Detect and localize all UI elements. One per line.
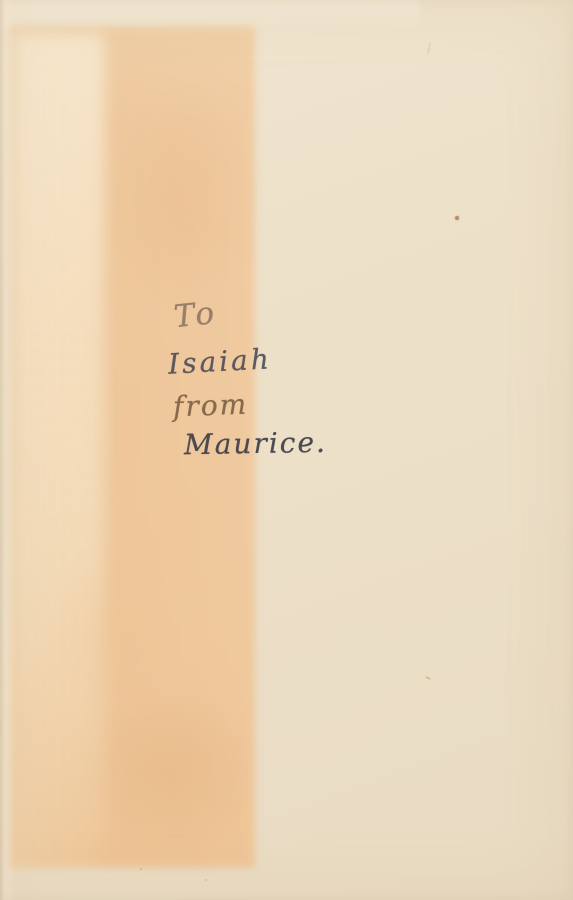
inscription-line-to: To xyxy=(172,295,218,335)
inscription-line-maurice: Maurice. xyxy=(184,426,327,461)
inscription-line-from: from xyxy=(172,388,248,424)
inscription-line-isaiah: Isaiah xyxy=(167,342,272,380)
handwritten-inscription: To Isaiah from Maurice. xyxy=(0,0,573,900)
foxing-spot xyxy=(455,216,459,220)
paper-fleck xyxy=(205,879,207,881)
book-endpaper-photo: To Isaiah from Maurice. xyxy=(0,0,573,900)
paper-fleck xyxy=(140,868,142,870)
